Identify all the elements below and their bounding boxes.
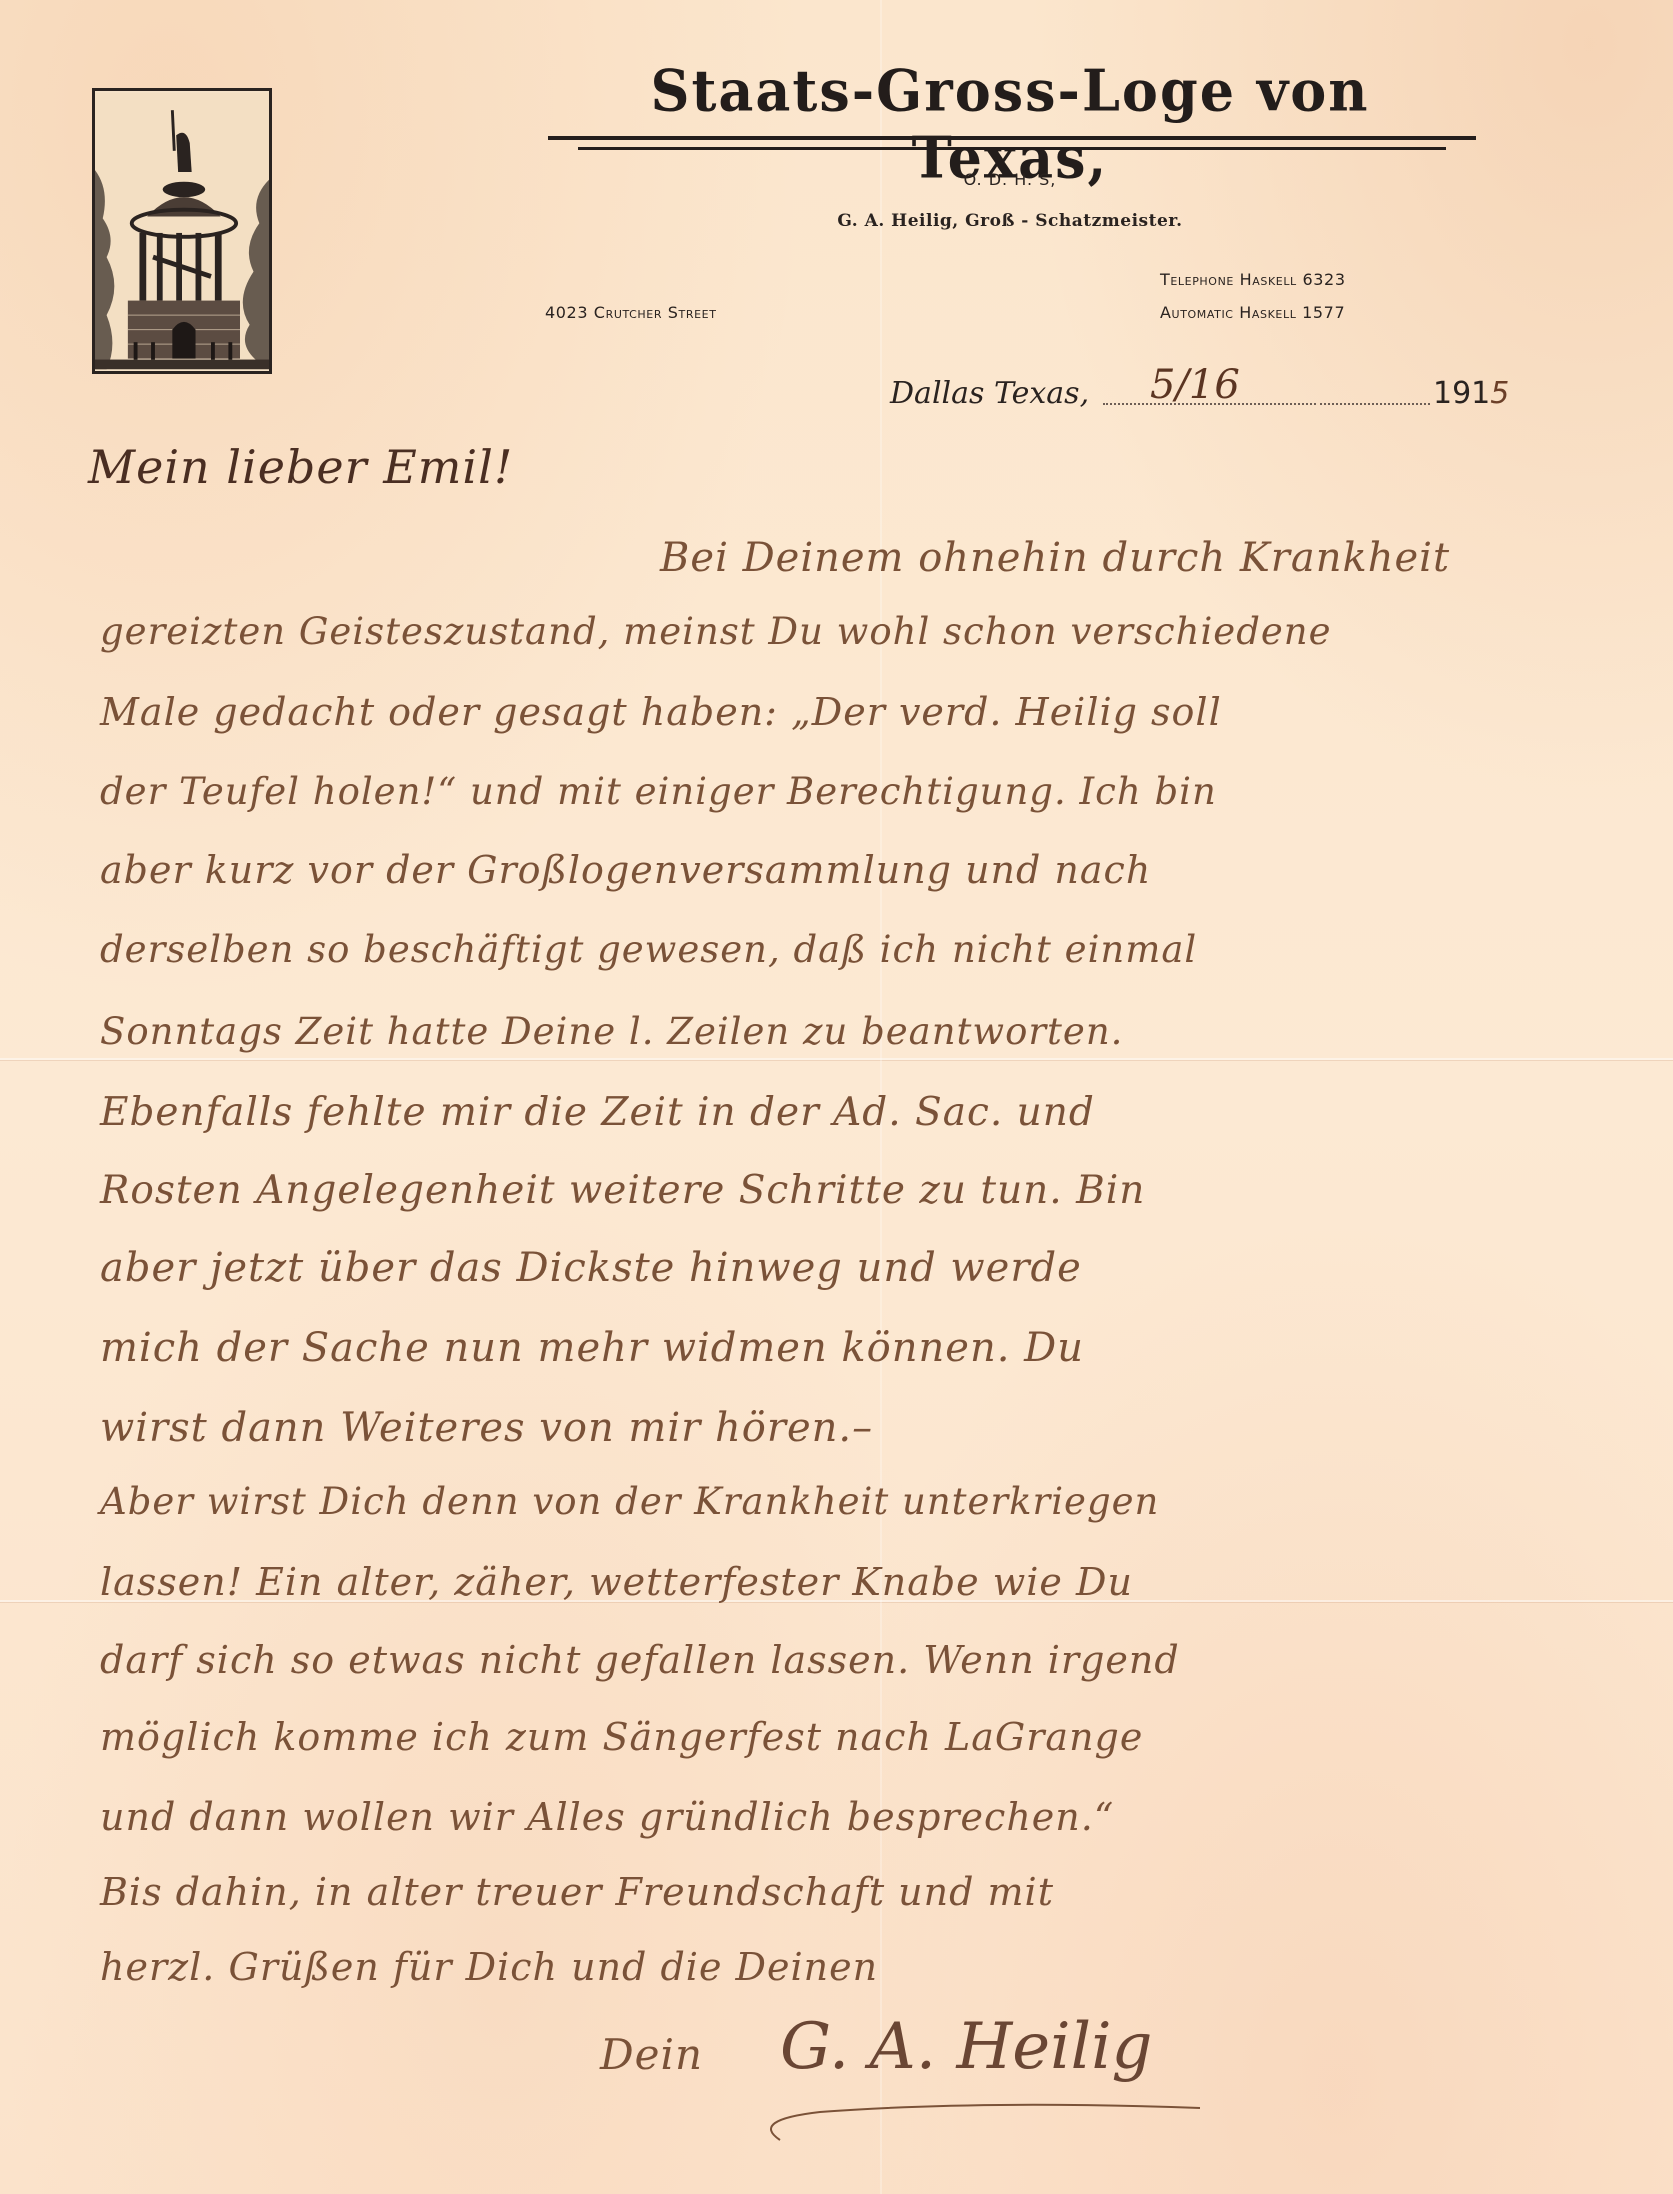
year-suffix: 5 bbox=[1490, 376, 1509, 411]
monument-engraving-icon bbox=[92, 88, 272, 374]
dateline: Dallas Texas, 5/16 1915 bbox=[890, 370, 1580, 420]
letter-line: der Teufel holen!“ und mit einiger Berec… bbox=[100, 770, 1217, 813]
letter-line: aber kurz vor der Großlogenversammlung u… bbox=[100, 848, 1151, 892]
signature: G. A. Heilig bbox=[780, 2010, 1153, 2084]
letter-line: mich der Sache nun mehr widmen können. D… bbox=[100, 1325, 1084, 1371]
telephone-number: Telephone Haskell 6323 bbox=[1160, 270, 1346, 289]
letter-line: darf sich so etwas nicht gefallen lassen… bbox=[100, 1638, 1180, 1682]
closing: Dein bbox=[600, 2030, 703, 2079]
automatic-telephone-number: Automatic Haskell 1577 bbox=[1160, 303, 1345, 322]
paper-fold bbox=[0, 1058, 1673, 1060]
letter-line: gereizten Geisteszustand, meinst Du wohl… bbox=[100, 610, 1332, 653]
letter-line: und dann wollen wir Alles gründlich besp… bbox=[100, 1795, 1114, 1839]
letter-line: Ebenfalls fehlte mir die Zeit in der Ad.… bbox=[100, 1090, 1095, 1135]
letter-line: aber jetzt über das Dickste hinweg und w… bbox=[100, 1245, 1082, 1291]
order-abbreviation: O. D. H. S, bbox=[545, 170, 1475, 189]
letter-line: wirst dann Weiteres von mir hören.– bbox=[100, 1405, 873, 1451]
letter-line: Sonntags Zeit hatte Deine l. Zeilen zu b… bbox=[100, 1010, 1123, 1053]
dateline-year: 1915 bbox=[1433, 376, 1509, 411]
dateline-place: Dallas Texas, bbox=[890, 376, 1089, 411]
letter-line: derselben so beschäftigt gewesen, daß ic… bbox=[100, 928, 1197, 971]
date-underline bbox=[1320, 403, 1430, 405]
dateline-date: 5/16 bbox=[1150, 362, 1240, 408]
salutation: Mein lieber Emil! bbox=[88, 440, 513, 494]
letter-line: Male gedacht oder gesagt haben: „Der ver… bbox=[100, 690, 1222, 734]
letter-line: lassen! Ein alter, zäher, wetterfester K… bbox=[100, 1560, 1133, 1604]
title-rule bbox=[578, 147, 1446, 150]
year-prefix: 191 bbox=[1433, 376, 1490, 411]
letter-line: Rosten Angelegenheit weitere Schritte zu… bbox=[100, 1168, 1145, 1213]
letter-line: Bei Deinem ohnehin durch Krankheit bbox=[660, 535, 1450, 581]
street-address: 4023 Crutcher Street bbox=[545, 303, 717, 322]
letter-line: Bis dahin, in alter treuer Freundschaft … bbox=[100, 1870, 1054, 1914]
officer-name: G. A. Heilig, Groß - Schatzmeister. bbox=[545, 211, 1475, 231]
title-rule bbox=[548, 136, 1476, 140]
letter-line: Aber wirst Dich denn von der Krankheit u… bbox=[100, 1480, 1159, 1523]
signature-flourish-icon bbox=[740, 2090, 1220, 2150]
letter-line: herzl. Grüßen für Dich und die Deinen bbox=[100, 1945, 878, 1989]
letter-line: möglich komme ich zum Sängerfest nach La… bbox=[100, 1715, 1143, 1759]
